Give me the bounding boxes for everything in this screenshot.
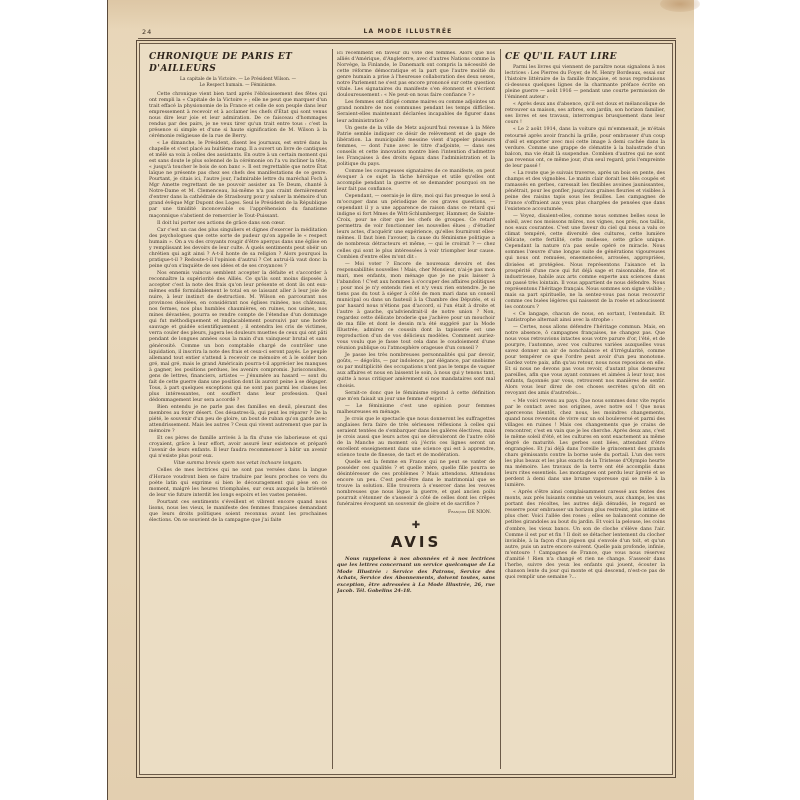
paragraph: Je passe les très nombreuses personnalit… bbox=[337, 353, 495, 389]
paragraph: Les femmes ont dirigé comme maires ou co… bbox=[337, 100, 495, 124]
avis-notice: Nous rappelons à nos abonnées et à nos l… bbox=[337, 556, 495, 596]
paragraph: Serait-ce donc que le féminisme répond à… bbox=[337, 391, 495, 403]
paragraph: Car c'est un cas des plus singuliers et … bbox=[149, 228, 327, 270]
column-chronique: Chronique de Paris et d'ailleurs La capi… bbox=[149, 51, 327, 769]
paragraph: ici récemment en faveur du vote des femm… bbox=[337, 51, 495, 99]
column-lecture: Ce qu'il faut lire Parmi les livres qui … bbox=[505, 51, 665, 769]
paragraph: — Certes, nous allons défendre l'héritag… bbox=[505, 325, 665, 398]
column-chronique-suite: ici récemment en faveur du vote des femm… bbox=[337, 51, 495, 769]
paragraph: Parmi les livres qui viennent de paraîtr… bbox=[505, 65, 665, 101]
paragraph: — Le féminisme c'est une opinion pour fe… bbox=[337, 404, 495, 416]
paragraph: Et ces pères de famille arrivés à la fin… bbox=[149, 436, 327, 460]
chronique-title: Chronique de Paris et d'ailleurs bbox=[149, 51, 327, 75]
paragraph: Quelle est la femme en France qui ne peu… bbox=[337, 460, 495, 508]
paragraph: Cependant, — oserais-je le dire, moi qui… bbox=[337, 194, 495, 261]
paragraph: Bien entendu je ne parle pas des famille… bbox=[149, 405, 327, 435]
avis-title: AVIS bbox=[337, 533, 495, 551]
paragraph: Nos ennemis vaincus semblent accepter la… bbox=[149, 271, 327, 404]
paragraph: — Voyez, disaient-elles, comme nous somm… bbox=[505, 214, 665, 311]
latin-quote: Vitæ summa brevis spem nos vetat inchoar… bbox=[149, 461, 327, 467]
paragraph: Celles de mes lectrices qui ne sont pas … bbox=[149, 468, 327, 498]
paragraph: Un geste de la ville de Metz aujourd'hui… bbox=[337, 126, 495, 168]
column-rule bbox=[500, 49, 501, 769]
author-signature: François DE NION. bbox=[337, 510, 491, 516]
journal-title: LA MODE ILLUSTRÉE bbox=[142, 28, 674, 35]
header-rule bbox=[138, 38, 676, 39]
paragraph: « La route que je suivais traverse, aprè… bbox=[505, 171, 665, 213]
paragraph: Cette chronique vient bien tard après l'… bbox=[149, 92, 327, 140]
article-frame: Chronique de Paris et d'ailleurs La capi… bbox=[136, 40, 676, 778]
paragraph: « Le dimanche, le Président, disent les … bbox=[149, 141, 327, 220]
paragraph: « Me voici revenu au pays. Que nous somm… bbox=[505, 399, 665, 490]
paragraph: Pourtant ces sentiments s'éveillent et v… bbox=[149, 500, 327, 524]
paragraph: Il doit lui porter ses actions de grâce … bbox=[149, 221, 327, 227]
page-stain bbox=[108, 0, 694, 30]
lecture-title: Ce qu'il faut lire bbox=[505, 51, 665, 63]
chronique-subtitle: La capitale de la Victoire. — Le Préside… bbox=[149, 77, 327, 89]
paragraph: Comme les courageuses signataires de ce … bbox=[337, 169, 495, 193]
paragraph: — Moi voter ? Encore de nouveaux devoirs… bbox=[337, 262, 495, 353]
column-rule bbox=[332, 49, 333, 769]
paragraph: « Ce langage, chacun de nous, en sortant… bbox=[505, 312, 665, 324]
paragraph: Je crois que le spectacle que nous donne… bbox=[337, 417, 495, 459]
paragraph: « Le 2 août 1914, dans la voiture qui m'… bbox=[505, 127, 665, 169]
paragraph: « Après s'être ainsi complaisamment care… bbox=[505, 490, 665, 581]
subtitle-line: Le Respect humain. — Féminisme. bbox=[149, 83, 327, 89]
newspaper-page: 24 LA MODE ILLUSTRÉE Chronique de Paris … bbox=[107, 0, 694, 800]
paragraph: « Après deux ans d'absence, qu'il est do… bbox=[505, 102, 665, 126]
cross-ornament-icon: ✚ bbox=[337, 521, 495, 531]
